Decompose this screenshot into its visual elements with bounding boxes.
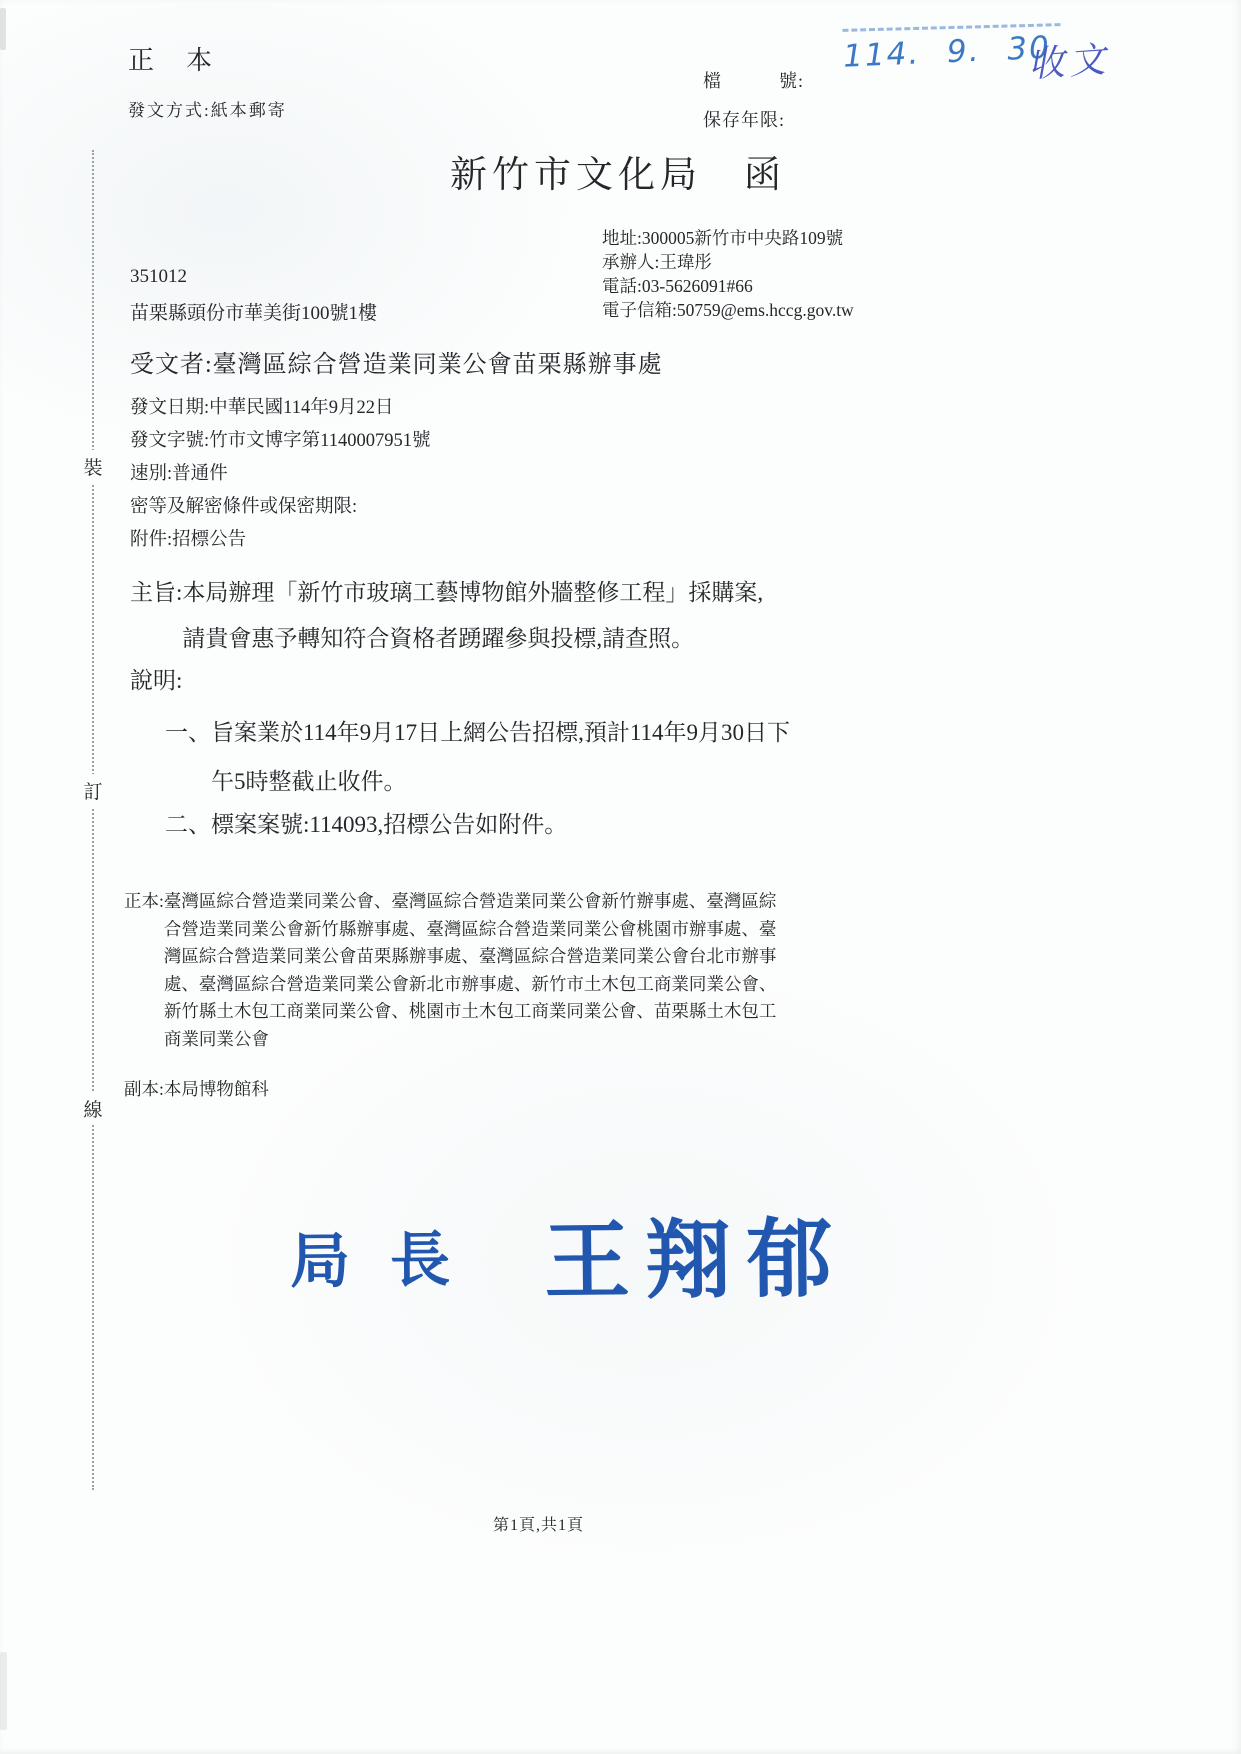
binding-mark-zhuang: 裝 [82, 450, 104, 483]
cc-line: 處、臺灣區綜合營造業同業公會新北市辦事處、新竹市土木包工商業同業公會、 [164, 971, 777, 999]
director-signature: 局長 王翔郁 [289, 1189, 847, 1319]
scanned-official-letter: 正 本 發文方式:紙本郵寄 檔 號: 保存年限: 114. 9. 30 收文 新… [0, 0, 1241, 1754]
item-1-line: 旨案業於114年9月17日上網公告招標,預計114年9月30日下 [211, 708, 790, 757]
scan-smudge-bottom [0, 1652, 7, 1730]
page-footer: 第1頁,共1頁 [493, 1512, 584, 1535]
signature-title: 局長 [290, 1212, 491, 1300]
file-label-block: 檔 號: 保存年限: [703, 62, 804, 140]
cc-list: 臺灣區綜合營造業同業公會、臺灣區綜合營造業同業公會新竹辦事處、臺灣區綜 合營造業… [164, 888, 777, 1053]
item-2-marker: 二、 [165, 806, 211, 839]
item-1-marker: 一、 [165, 708, 211, 757]
recipient-zip: 351012 [130, 266, 187, 288]
received-handwriting: 收文 [1026, 31, 1111, 88]
security-class: 密等及解密條件或保密期限: [130, 491, 430, 524]
item-1-text: 旨案業於114年9月17日上網公告招標,預計114年9月30日下 午5時整截止收… [211, 708, 790, 806]
bcc-label: 副本: [124, 1076, 164, 1101]
subject-line: 請貴會惠予轉知符合資格者踴躍參與投標,請查照。 [182, 616, 763, 662]
cc-line: 灣區綜合營造業同業公會苗栗縣辦事處、臺灣區綜合營造業同業公會台北市辦事 [164, 943, 777, 971]
binding-mark-ding: 訂 [82, 774, 104, 807]
binding-dotted-line [92, 150, 94, 1490]
explanation-label: 說明: [130, 662, 182, 695]
scan-smudge-top [0, 8, 6, 50]
cc-label: 正本: [124, 888, 164, 916]
issue-date: 發文日期:中華民國114年9月22日 [130, 392, 430, 425]
item-1-line: 午5時整截止收件。 [211, 757, 790, 806]
send-method-label: 發文方式:紙本郵寄 [128, 96, 287, 121]
cc-line: 合營造業同業公會新竹縣辦事處、臺灣區綜合營造業同業公會桃園市辦事處、臺 [164, 916, 777, 944]
bcc-value: 本局博物館科 [164, 1076, 269, 1101]
copy-type-label: 正 本 [128, 40, 215, 77]
subject-section: 主旨: 本局辦理「新竹市玻璃工藝博物館外牆整修工程」採購案, 請貴會惠予轉知符合… [130, 570, 763, 662]
contact-person: 承辦人:王瑋彤 [602, 250, 854, 274]
contact-address: 地址:300005新竹市中央路109號 [602, 226, 854, 250]
contact-block: 地址:300005新竹市中央路109號 承辦人:王瑋彤 電話:03-562609… [602, 226, 854, 322]
contact-phone: 電話:03-5626091#66 [602, 274, 854, 298]
subject-label: 主旨: [130, 570, 182, 616]
binding-mark-xian: 線 [82, 1092, 104, 1125]
speed-class: 速別:普通件 [130, 458, 430, 491]
retention-label: 保存年限: [703, 101, 804, 140]
attachment-note: 附件:招標公告 [130, 524, 430, 557]
recipient-line: 受文者:臺灣區綜合營造業同業公會苗栗縣辦事處 [130, 344, 663, 379]
explanation-item-1: 一、 旨案業於114年9月17日上網公告招標,預計114年9月30日下 午5時整… [165, 708, 790, 806]
subject-line: 本局辦理「新竹市玻璃工藝博物館外牆整修工程」採購案, [182, 570, 763, 616]
subject-text: 本局辦理「新竹市玻璃工藝博物館外牆整修工程」採購案, 請貴會惠予轉知符合資格者踴… [182, 570, 763, 662]
bcc-section: 副本: 本局博物館科 [124, 1076, 269, 1101]
item-2-text: 標案案號:114093,招標公告如附件。 [211, 806, 567, 839]
signature-name: 王翔郁 [543, 1189, 847, 1316]
cc-line: 商業同業公會 [164, 1026, 777, 1054]
cc-section: 正本: 臺灣區綜合營造業同業公會、臺灣區綜合營造業同業公會新竹辦事處、臺灣區綜 … [124, 888, 776, 1053]
cc-line: 新竹縣土木包工商業同業公會、桃園市土木包工商業同業公會、苗栗縣土木包工 [164, 998, 777, 1026]
document-title: 新竹市文化局 函 [450, 144, 786, 198]
file-number-label: 檔 號: [703, 62, 804, 101]
contact-email: 電子信箱:50759@ems.hccg.gov.tw [602, 298, 854, 322]
recipient-address: 苗栗縣頭份市華美街100號1樓 [130, 298, 377, 325]
meta-block: 發文日期:中華民國114年9月22日 發文字號:竹市文博字第1140007951… [130, 392, 430, 557]
explanation-item-2: 二、 標案案號:114093,招標公告如附件。 [165, 806, 567, 839]
issue-number: 發文字號:竹市文博字第1140007951號 [130, 425, 430, 458]
cc-line: 臺灣區綜合營造業同業公會、臺灣區綜合營造業同業公會新竹辦事處、臺灣區綜 [164, 888, 777, 916]
